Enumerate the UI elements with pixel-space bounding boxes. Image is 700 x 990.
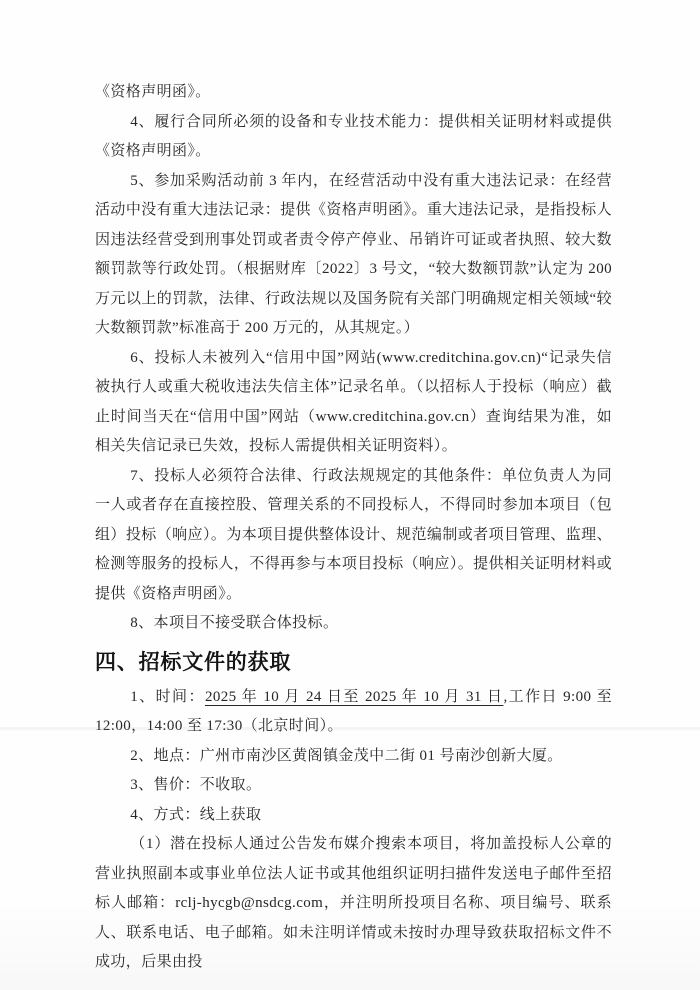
clause-8: 8、本项目不接受联合体投标。 [95, 609, 612, 639]
clause-5: 5、参加采购活动前 3 年内，在经营活动中没有重大违法记录：在经营活动中没有重大… [95, 167, 612, 344]
acquisition-location: 2、地点：广州市南沙区黄阁镇金茂中二街 01 号南沙创新大厦。 [95, 742, 612, 772]
acquisition-time-prefix: 1、时间： [130, 689, 205, 705]
acquisition-method: 4、方式：线上获取 [95, 801, 612, 831]
document-page: 《资格声明函》。 4、履行合同所必须的设备和专业技术能力：提供相关证明材料或提供… [0, 0, 700, 990]
scan-artifact-band [0, 727, 700, 730]
acquisition-time-dates-underlined: 2025 年 10 月 24 日至 2025 年 10 月 31 日 [205, 689, 504, 705]
section-heading: 四、招标文件的获取 [95, 646, 612, 678]
acquisition-price: 3、售价：不收取。 [95, 771, 612, 801]
clause-4: 4、履行合同所必须的设备和专业技术能力：提供相关证明材料或提供《资格声明函》。 [95, 108, 612, 167]
clause-6: 6、投标人未被列入“信用中国”网站(www.creditchina.gov.cn… [95, 344, 612, 462]
acquisition-online-step1: （1）潜在投标人通过公告发布媒介搜索本项目，将加盖投标人公章的营业执照副本或事业… [95, 830, 612, 978]
document-content: 《资格声明函》。 4、履行合同所必须的设备和专业技术能力：提供相关证明材料或提供… [95, 78, 612, 978]
acquisition-time: 1、时间：2025 年 10 月 24 日至 2025 年 10 月 31 日,… [95, 683, 612, 742]
clause-7: 7、投标人必须符合法律、行政法规规定的其他条件：单位负责人为同一人或者存在直接控… [95, 462, 612, 610]
clause-3-continuation: 《资格声明函》。 [95, 78, 612, 108]
